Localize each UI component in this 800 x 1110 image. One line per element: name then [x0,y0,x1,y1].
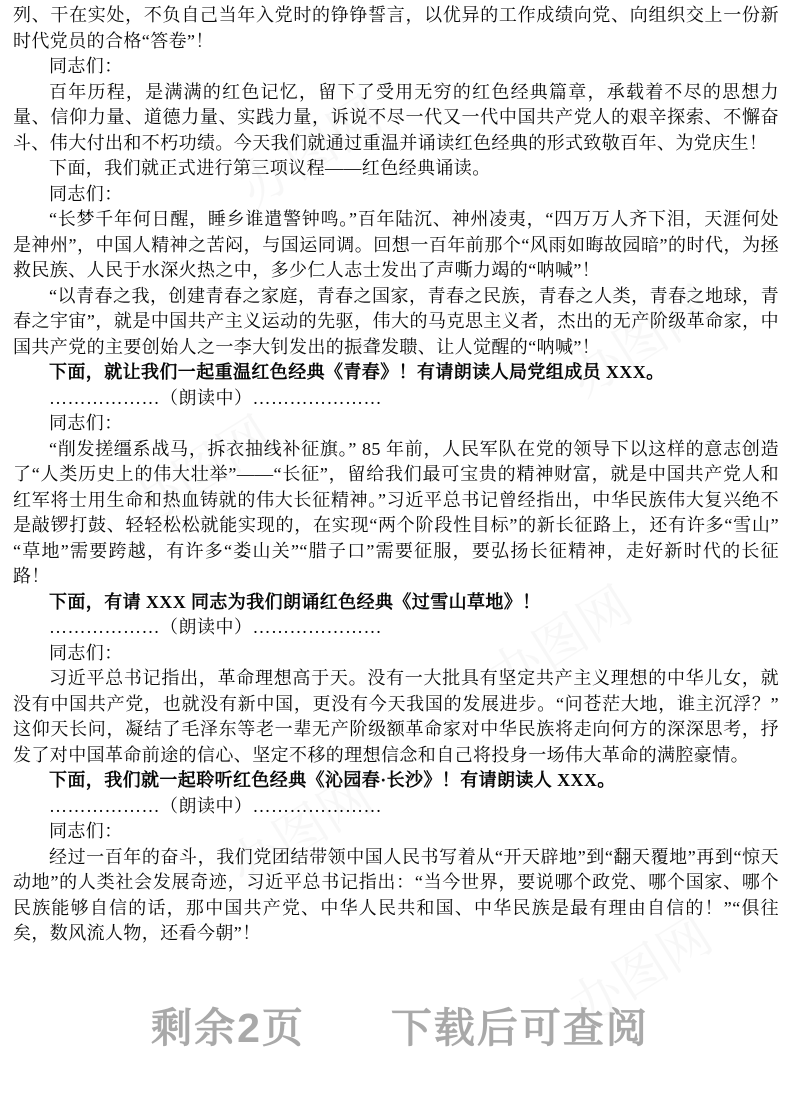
paragraph: 列、干在实处，不负自己当年入党时的铮铮誓言，以优异的工作成绩向党、向组织交上一份… [13,3,779,54]
remaining-pages-banner: 剩余2页 下载后可查阅 [0,1000,800,1056]
document-page: 办图网办图网办图网办图网办图网办图网 列、干在实处，不负自己当年入党时的铮铮誓言… [0,0,800,1110]
reading-placeholder-line: ………………（朗读中）………………… [13,794,779,820]
paragraph: 同志们： [13,182,779,208]
announcement-line: 下面，我们就一起聆听红色经典《沁园春·长沙》！有请朗读人 XXX。 [13,768,779,794]
document-body: 列、干在实处，不负自己当年入党时的铮铮誓言，以优异的工作成绩向党、向组织交上一份… [13,3,779,947]
paragraph: “长梦千年何日醒，睡乡谁遣警钟鸣。”百年陆沉、神州凌夷，“四万万人齐下泪，天涯何… [13,207,779,284]
paragraph: 下面，我们就正式进行第三项议程——红色经典诵读。 [13,156,779,182]
paragraph: “以青春之我，创建青春之家庭，青春之国家，青春之民族，青春之人类，青春之地球，青… [13,284,779,361]
reading-placeholder-line: ………………（朗读中）………………… [13,615,779,641]
announcement-line: 下面，就让我们一起重温红色经典《青春》！有请朗读人局党组成员 XXX。 [13,360,779,386]
paragraph: 同志们： [13,54,779,80]
paragraph: 百年历程，是满满的红色记忆，留下了受用无穷的红色经典篇章，承载着不尽的思想力量、… [13,80,779,157]
paragraph: 同志们： [13,641,779,667]
paragraph: 经过一百年的奋斗，我们党团结带领中国人民书写着从“开天辟地”到“翻天覆地”再到“… [13,845,779,947]
paragraph: 同志们： [13,411,779,437]
paragraph: 同志们： [13,819,779,845]
paragraph: 习近平总书记指出，革命理想高于天。没有一大批具有坚定共产主义理想的中华儿女，就没… [13,666,779,768]
reading-placeholder-line: ………………（朗读中）………………… [13,386,779,412]
announcement-line: 下面，有请 XXX 同志为我们朗诵红色经典《过雪山草地》！ [13,590,779,616]
paragraph: “削发搓缰系战马，拆衣抽线补征旗。” 85 年前，人民军队在党的领导下以这样的意… [13,437,779,590]
